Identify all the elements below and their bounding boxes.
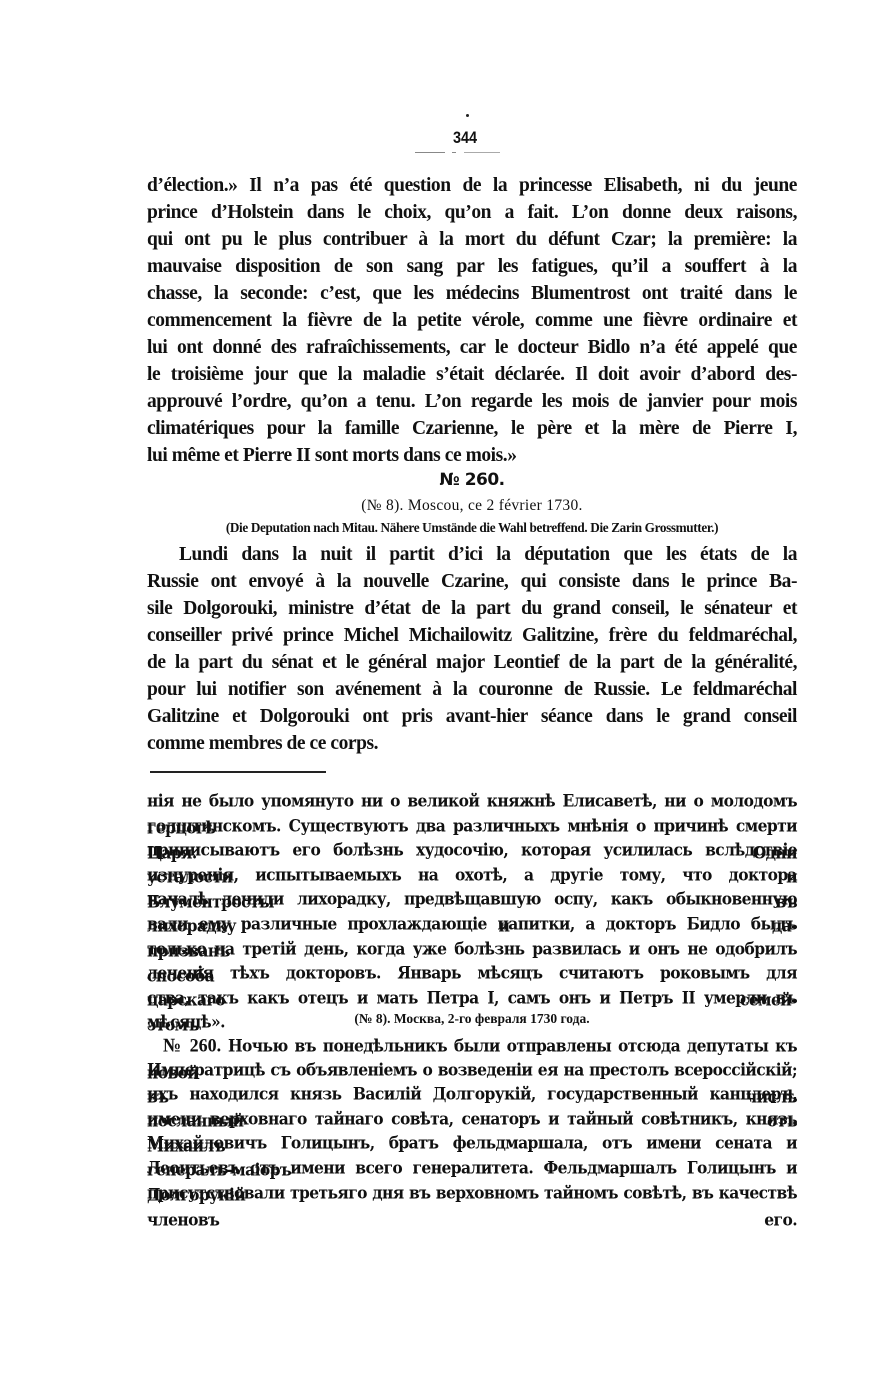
text-line: lui ont donné des rafraîchissements, car…	[147, 334, 797, 361]
document-page: 344 d’élection.» Il n’a pas été question…	[0, 0, 882, 1393]
print-speck	[466, 114, 469, 117]
russian-document-number: № 260.	[163, 1034, 221, 1056]
text-line: pour lui notifier son avénement à la cou…	[147, 676, 797, 703]
text-line: sile Dolgorouki, ministre d’état de la p…	[147, 595, 797, 622]
document-body-paragraph: Lundi dans la nuit il partit d’ici la dé…	[147, 541, 797, 757]
footnote-separator	[150, 771, 326, 773]
document-number-heading: № 260.	[147, 470, 797, 490]
text-line: prince d’Holstein dans le choix, qu’on a…	[147, 199, 797, 226]
text-line: d’élection.» Il n’a pas été question de …	[147, 172, 797, 199]
text-line: вали ему различные прохлаждающіе напитки…	[147, 911, 797, 938]
page-number: 344	[70, 128, 861, 148]
text-line: le troisième jour que la maladie s’était…	[147, 361, 797, 388]
text-line: голштинскомъ. Существуютъ два различныхъ…	[147, 813, 797, 840]
text-line: только на третій день, когда уже болѣзнь…	[147, 936, 797, 963]
text-line: Russie ont envoyé à la nouvelle Czarine,…	[147, 568, 797, 595]
text-line: изнуренія, испытываемыхъ на охотѣ, а дру…	[147, 862, 797, 889]
text-line: № 260. Ночью въ понедѣльникъ были отправ…	[147, 1032, 797, 1059]
text-line: commencement la fièvre de la petite véro…	[147, 307, 797, 334]
text-line: qui ont pu le plus contribuer à la mort …	[147, 226, 797, 253]
text-line: de la part du sénat et le général major …	[147, 649, 797, 676]
text-line: началѣ лечили лихорадку, предвѣщавшую ос…	[147, 886, 797, 913]
text-line: приписываютъ его болѣзнь худосочію, кото…	[147, 837, 797, 864]
text-line: имени верховнаго тайнаго совѣта, сенатор…	[147, 1106, 797, 1133]
document-dateline: (№ 8). Moscou, ce 2 février 1730.	[147, 497, 797, 515]
text-line: chasse, la seconde: c’est, que les médec…	[147, 280, 797, 307]
text-line: присутствовали третьяго дня въ верховном…	[147, 1180, 797, 1207]
text-line: нія не было упомянуто ни о великой княжн…	[147, 788, 797, 815]
text-line: approuvé l’ordre, qu’on a tenu. L’on reg…	[147, 388, 797, 415]
page-number-rule	[415, 152, 445, 153]
text-line: леченія тѣхъ докторовъ. Январь мѣсяцъ сч…	[147, 960, 797, 987]
text-line: mauvaise disposition de son sang par les…	[147, 253, 797, 280]
text-line: comme membres de ce corps.	[147, 730, 797, 757]
russian-intro-paragraph: нія не было упомянуто ни о великой княжн…	[147, 789, 797, 1035]
text-line: ства, такъ какъ отецъ и мать Петра I, са…	[147, 985, 797, 1012]
text-line: Михайловичъ Голицынъ, братъ фельдмаршала…	[147, 1130, 797, 1157]
text-line: Императрицѣ съ объявленіемъ о возведеніи…	[147, 1057, 797, 1084]
text-line: conseiller privé prince Michel Michailow…	[147, 622, 797, 649]
text-line: climatériques pour la famille Czarienne,…	[147, 415, 797, 442]
text-line: lui même et Pierre II sont morts dans ce…	[147, 442, 797, 469]
russian-dateline: (№ 8). Москва, 2-го февраля 1730 года.	[147, 1011, 797, 1027]
text-line: Galitzine et Dolgorouki ont pris avant-h…	[147, 703, 797, 730]
french-intro-paragraph: d’élection.» Il n’a pas été question de …	[147, 172, 797, 469]
document-summary: (Die Deputation nach Mitau. Nähere Umstä…	[142, 520, 802, 536]
page-number-rule	[452, 152, 456, 153]
text-line: Lundi dans la nuit il partit d’ici la dé…	[147, 541, 797, 568]
russian-body-paragraph: № 260. Ночью въ понедѣльникъ были отправ…	[147, 1033, 797, 1205]
text-line: Леонтьевъ отъ имени всего генералитета. …	[147, 1155, 797, 1182]
page-number-rule	[464, 152, 500, 153]
text-line: ихъ находился князь Василій Долгорукій, …	[147, 1081, 797, 1108]
